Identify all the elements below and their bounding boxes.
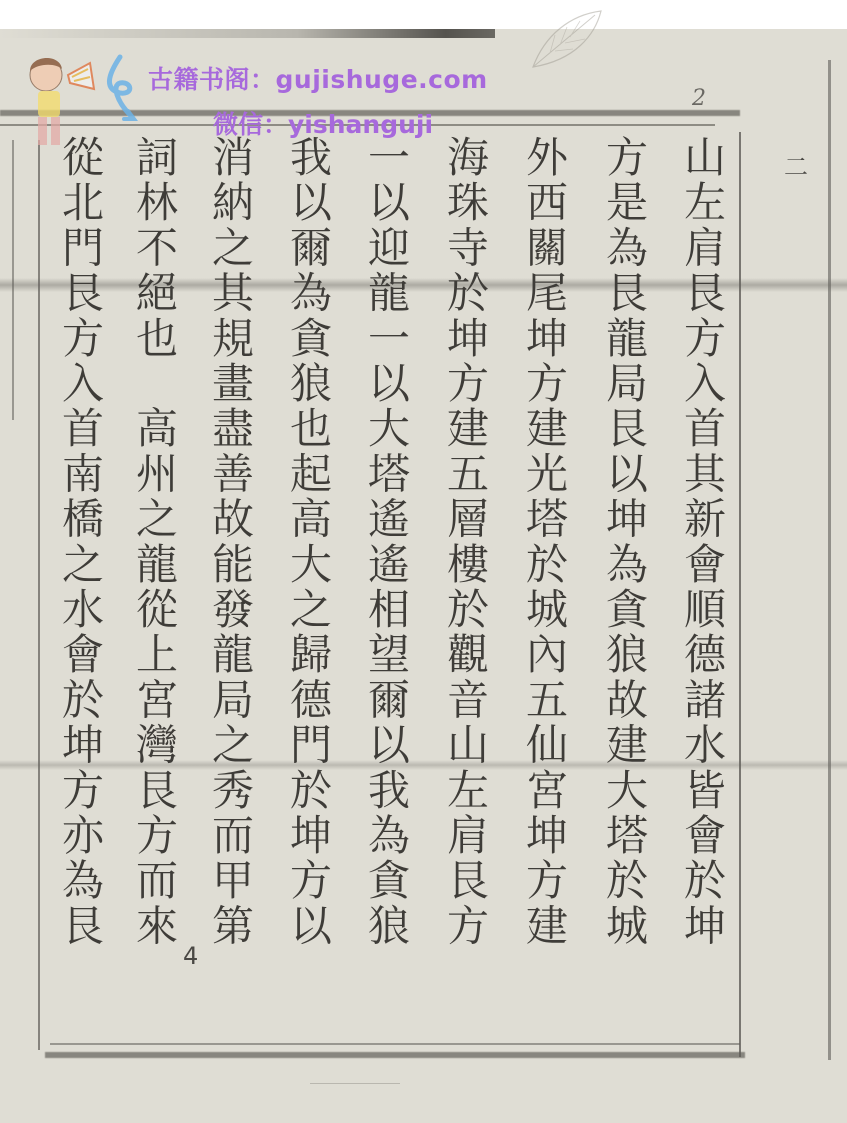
text-column-7: 消納之其規畫盡善故能發龍局之秀而甲第 bbox=[194, 135, 266, 1050]
text-column-1: 山左肩艮方入首其新會順德諸水皆會於坤 bbox=[666, 135, 738, 1050]
classical-text-body: 山左肩艮方入首其新會順德諸水皆會於坤 方是為艮龍局艮以坤為貪狼故建大塔於城 外西… bbox=[48, 135, 738, 1050]
text-column-5: 一以迎龍一以大塔遙遙相望爾以我為貪狼 bbox=[350, 135, 422, 1050]
watermark-site: 古籍书阁：gujishuge.com bbox=[148, 60, 488, 96]
leaf-icon bbox=[525, 5, 605, 75]
frame-left-rule bbox=[38, 140, 40, 1050]
watermark-wechat: 微信：yishanguji bbox=[213, 105, 433, 141]
margin-folio-label: 二 bbox=[784, 147, 808, 182]
text-column-6: 我以爾為貪狼也起高大之歸德門於坤方以 bbox=[272, 135, 344, 1050]
faint-mark bbox=[310, 1083, 400, 1084]
text-column-2: 方是為艮龍局艮以坤為貪狼故建大塔於城 bbox=[588, 135, 660, 1050]
text-column-3: 外西關尾坤方建光塔於城內五仙宮坤方建 bbox=[508, 135, 580, 1050]
text-column-4: 海珠寺於坤方建五層樓於觀音山左肩艮方 bbox=[429, 135, 501, 1050]
handwritten-page-number: 2 bbox=[692, 86, 706, 111]
text-column-8: 詞林不絕也 高州之龍從上宮灣艮方而來 bbox=[118, 135, 190, 1050]
frame-left-outer-rule bbox=[12, 140, 14, 420]
scan-edge-shadow bbox=[0, 29, 495, 38]
page-edge-rule bbox=[828, 60, 831, 1060]
text-column-9: 從北門艮方入首南橋之水會於坤方亦為艮 bbox=[44, 135, 116, 1050]
frame-bottom-thick-rule bbox=[45, 1052, 745, 1058]
frame-right-rule bbox=[739, 132, 741, 1057]
